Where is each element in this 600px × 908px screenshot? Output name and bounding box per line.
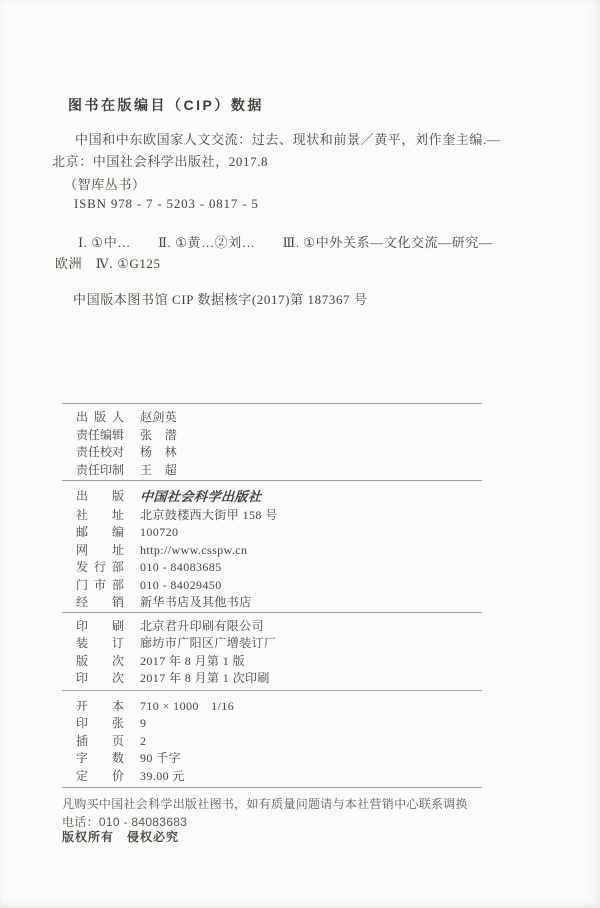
table-row: 网址http://www.csspw.cn [62, 542, 482, 560]
colophon-table: 出版人赵剑英 责任编辑张 潜 责任校对杨 林 责任印制王 超 出版中国社会科学出… [62, 403, 482, 788]
row-value: 廊坊市广阳区广增装订厂 [140, 636, 276, 650]
table-row: 开本710 × 1000 1/16 [62, 698, 482, 716]
table-row: 邮编100720 [62, 524, 482, 542]
cip-title-line: 中国和中东欧国家人文交流：过去、现状和前景／黄平，刘作奎主编.— [75, 129, 500, 148]
table-row: 版次2017 年 8 月第 1 版 [62, 653, 482, 671]
row-label: 装订 [76, 635, 124, 653]
row-value: 2017 年 8 月第 1 版 [140, 654, 245, 668]
row-label: 出版人 [76, 409, 124, 427]
table-row: 责任编辑张 潜 [62, 427, 482, 445]
row-label: 插页 [76, 733, 124, 751]
table-row: 装订廊坊市广阳区广增装订厂 [62, 635, 482, 653]
row-label: 字数 [76, 750, 124, 768]
cip-publisher-line: 北京：中国社会科学出版社，2017.8 [52, 151, 268, 170]
row-value: 39.00 元 [140, 769, 185, 783]
row-label: 责任印制 [76, 462, 124, 480]
row-value: 010 - 84029450 [140, 578, 222, 592]
table-row: 出版人赵剑英 [62, 409, 482, 427]
cip-record-number: 中国版本图书馆 CIP 数据核字(2017)第 187367 号 [73, 289, 368, 308]
row-value: 2017 年 8 月第 1 次印刷 [140, 671, 270, 685]
table-row: 插页2 [62, 733, 482, 751]
table-row: 社址北京鼓楼西大街甲 158 号 [62, 507, 482, 525]
colophon-section-staff: 出版人赵剑英 责任编辑张 潜 责任校对杨 林 责任印制王 超 [62, 403, 482, 480]
table-row: 字数90 千字 [62, 750, 482, 768]
row-label: 门市部 [76, 577, 124, 595]
colophon-section-format: 开本710 × 1000 1/16 印张9 插页2 字数90 千字 定价39.0… [62, 690, 482, 789]
colophon-section-printing: 印刷北京君升印刷有限公司 装订廊坊市广阳区广增装订厂 版次2017 年 8 月第… [62, 612, 482, 690]
table-row: 印张9 [62, 715, 482, 733]
cip-classification-line-1: Ⅰ. ①中… Ⅱ. ①黄…②刘… Ⅲ. ①中外关系—文化交流—研究— [78, 232, 493, 251]
table-row: 门市部010 - 84029450 [62, 577, 482, 595]
row-label: 印次 [76, 670, 124, 688]
table-row: 印刷北京君升印刷有限公司 [62, 618, 482, 636]
row-value: 90 千字 [140, 751, 181, 765]
cip-series-note: （智库丛书） [64, 174, 146, 193]
row-value: 2 [140, 734, 146, 748]
table-row: 出版中国社会科学出版社 [62, 488, 482, 507]
row-label: 版次 [76, 653, 124, 671]
table-row: 责任校对杨 林 [62, 444, 482, 462]
row-label: 开本 [76, 698, 124, 716]
row-label: 责任校对 [76, 444, 124, 462]
row-value: 100720 [140, 525, 178, 539]
footer-quality-notice: 凡购买中国社会科学出版社图书，如有质量问题请与本社营销中心联系调换 [62, 795, 468, 812]
row-label: 定价 [76, 768, 124, 786]
row-value: 杨 林 [140, 445, 177, 459]
cip-classification-line-2: 欧洲 Ⅳ. ①G125 [55, 253, 161, 272]
cip-header: 图书在版编目（CIP）数据 [68, 95, 264, 115]
row-label: 出版 [76, 488, 124, 506]
row-value: http://www.csspw.cn [140, 543, 247, 557]
table-row: 印次2017 年 8 月第 1 次印刷 [62, 670, 482, 688]
row-label: 网址 [76, 542, 124, 560]
row-label: 印刷 [76, 618, 124, 636]
table-row: 定价39.00 元 [62, 768, 482, 786]
book-copyright-page: 图书在版编目（CIP）数据 中国和中东欧国家人文交流：过去、现状和前景／黄平，刘… [0, 0, 600, 908]
row-value: 北京君升印刷有限公司 [140, 619, 264, 633]
row-value: 710 × 1000 1/16 [140, 699, 234, 713]
colophon-section-publisher: 出版中国社会科学出版社 社址北京鼓楼西大街甲 158 号 邮编100720 网址… [62, 480, 482, 612]
cip-isbn: ISBN 978 - 7 - 5203 - 0817 - 5 [74, 196, 259, 212]
row-value: 张 潜 [140, 428, 177, 442]
row-label: 社址 [76, 507, 124, 525]
row-label: 经销 [76, 594, 124, 612]
row-label: 责任编辑 [76, 427, 124, 445]
row-label: 印张 [76, 715, 124, 733]
row-value: 赵剑英 [140, 410, 177, 424]
row-value: 新华书店及其他书店 [140, 595, 252, 609]
row-value: 王 超 [140, 463, 177, 477]
table-row: 发行部010 - 84083685 [62, 559, 482, 577]
table-row: 责任印制王 超 [62, 462, 482, 480]
row-value: 北京鼓楼西大街甲 158 号 [140, 508, 278, 522]
copyright-notice: 版权所有 侵权必究 [62, 828, 179, 845]
row-value: 9 [140, 716, 146, 730]
table-row: 经销新华书店及其他书店 [62, 594, 482, 612]
publisher-script-logo: 中国社会科学出版社 [139, 488, 262, 506]
row-value: 010 - 84083685 [140, 560, 222, 574]
row-label: 邮编 [76, 524, 124, 542]
row-label: 发行部 [76, 559, 124, 577]
